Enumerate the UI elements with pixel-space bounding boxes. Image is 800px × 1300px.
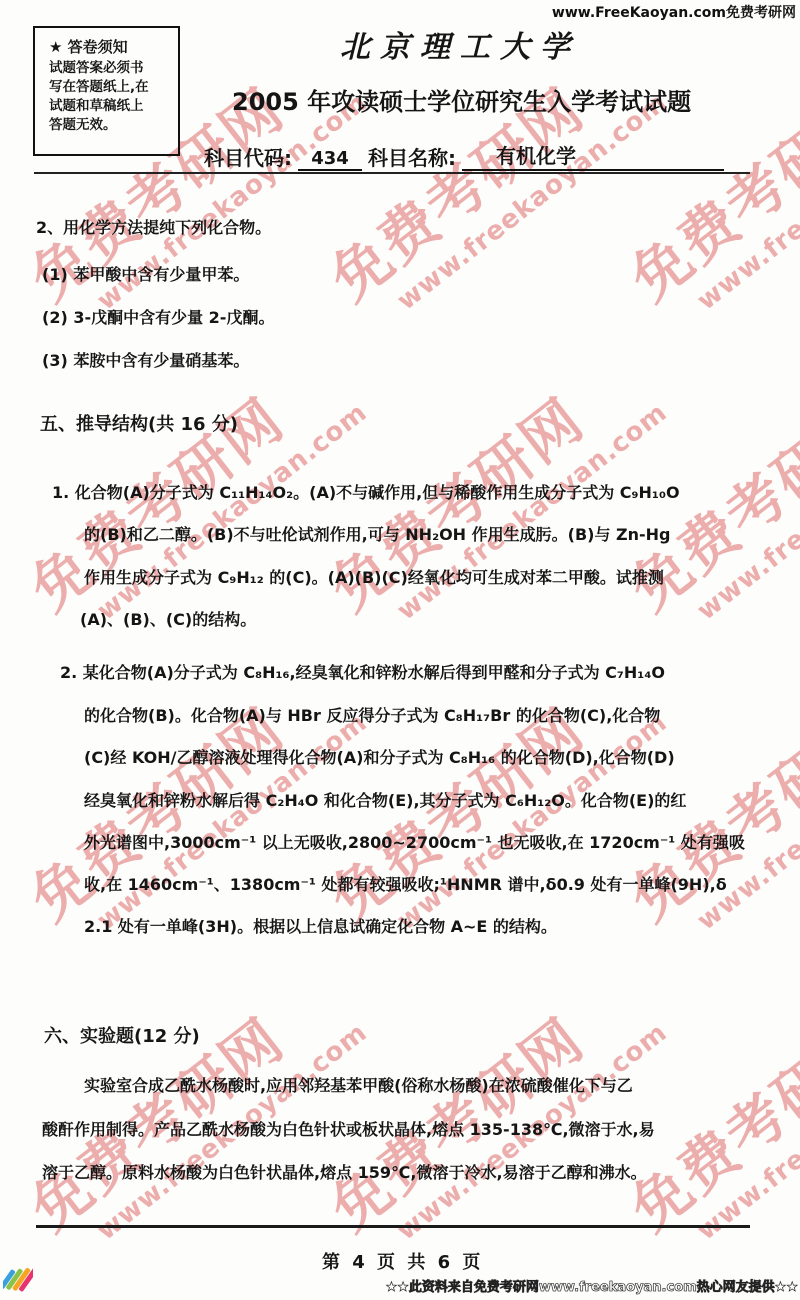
header-divider xyxy=(34,172,750,174)
provider-note: ★★此资料来自免费考研网www.freekaoyan.com热心网友提供★★ xyxy=(386,1276,798,1295)
subject-code-label: 科目代码: xyxy=(204,142,292,171)
footer-divider xyxy=(36,1225,750,1228)
paragraph-line: 1. 化合物(A)分子式为 C₁₁H₁₄O₂。(A)不与碱作用,但与稀酸作用生成… xyxy=(52,480,680,503)
paragraph-line: 2.1 处有一单峰(3H)。根据以上信息试确定化合物 A~E 的结构。 xyxy=(84,914,557,937)
site-banner: www.FreeKaoyan.com免费考研网 xyxy=(552,2,796,22)
paragraph-line: 溶于乙醇。原料水杨酸为白色针状晶体,熔点 159℃,微溶于冷水,易溶于乙醇和沸水… xyxy=(42,1160,647,1183)
subject-name: 有机化学 xyxy=(462,140,724,171)
site-logo-icon xyxy=(3,1262,33,1296)
sub-question: (3) 苯胺中含有少量硝基苯。 xyxy=(42,348,249,371)
paragraph-line: 外光谱图中,3000cm⁻¹ 以上无吸收,2800~2700cm⁻¹ 也无吸收,… xyxy=(84,830,745,853)
paragraph-line: 的(B)和乙二醇。(B)不与吐伦试剂作用,可与 NH₂OH 作用生成肟。(B)与… xyxy=(84,522,671,545)
sub-question: (2) 3-戊酮中含有少量 2-戊酮。 xyxy=(42,305,274,328)
subject-name-label: 科目名称: xyxy=(368,142,456,171)
paragraph-line: 酸酐作用制得。产品乙酰水杨酸为白色针状或板状晶体,熔点 135-138℃,微溶于… xyxy=(42,1117,655,1140)
notice-line: 答题无效。 xyxy=(49,116,172,135)
notice-line: 试题和草稿纸上 xyxy=(49,97,172,116)
notice-line: 试题答案必须书 xyxy=(49,59,172,78)
subject-line: 科目代码: 434 科目名称: 有机化学 xyxy=(204,140,724,171)
notice-title: ★ 答卷须知 xyxy=(49,38,172,57)
sub-question: (1) 苯甲酸中含有少量甲苯。 xyxy=(42,262,249,285)
paragraph-line: 实验室合成乙酰水杨酸时,应用邻羟基苯甲酸(俗称水杨酸)在浓硫酸催化下与乙 xyxy=(84,1073,633,1096)
subject-code: 434 xyxy=(298,148,362,171)
paragraph-line: 的化合物(B)。化合物(A)与 HBr 反应得分子式为 C₈H₁₇Br 的化合物… xyxy=(84,703,660,726)
exam-title: 2005 年攻读硕士学位研究生入学考试试题 xyxy=(232,82,691,117)
page-number: 第 4 页 共 6 页 xyxy=(322,1248,483,1274)
question-title: 2、用化学方法提纯下列化合物。 xyxy=(36,215,271,238)
section-title: 五、推导结构(共 16 分) xyxy=(40,410,238,436)
exam-page: www.FreeKaoyan.com免费考研网 ★ 答卷须知 试题答案必须书 写… xyxy=(0,0,800,1300)
university-name: 北京理工大学 xyxy=(340,22,580,66)
paragraph-line: 收,在 1460cm⁻¹、1380cm⁻¹ 处都有较强吸收;¹HNMR 谱中,δ… xyxy=(84,872,727,895)
paragraph-line: (C)经 KOH/乙醇溶液处理得化合物(A)和分子式为 C₈H₁₆ 的化合物(D… xyxy=(84,745,675,768)
paragraph-line: 经臭氧化和锌粉水解后得 C₂H₄O 和化合物(E),其分子式为 C₆H₁₂O。化… xyxy=(84,788,686,811)
answer-notice-box: ★ 答卷须知 试题答案必须书 写在答题纸上,在 试题和草稿纸上 答题无效。 xyxy=(33,26,180,156)
paragraph-line: 作用生成分子式为 C₉H₁₂ 的(C)。(A)(B)(C)经氧化均可生成对苯二甲… xyxy=(84,565,664,588)
section-title: 六、实验题(12 分) xyxy=(44,1022,200,1048)
paragraph-line: 2. 某化合物(A)分子式为 C₈H₁₆,经臭氧化和锌粉水解后得到甲醛和分子式为… xyxy=(60,660,665,683)
paragraph-line: (A)、(B)、(C)的结构。 xyxy=(80,607,256,630)
notice-line: 写在答题纸上,在 xyxy=(49,78,172,97)
